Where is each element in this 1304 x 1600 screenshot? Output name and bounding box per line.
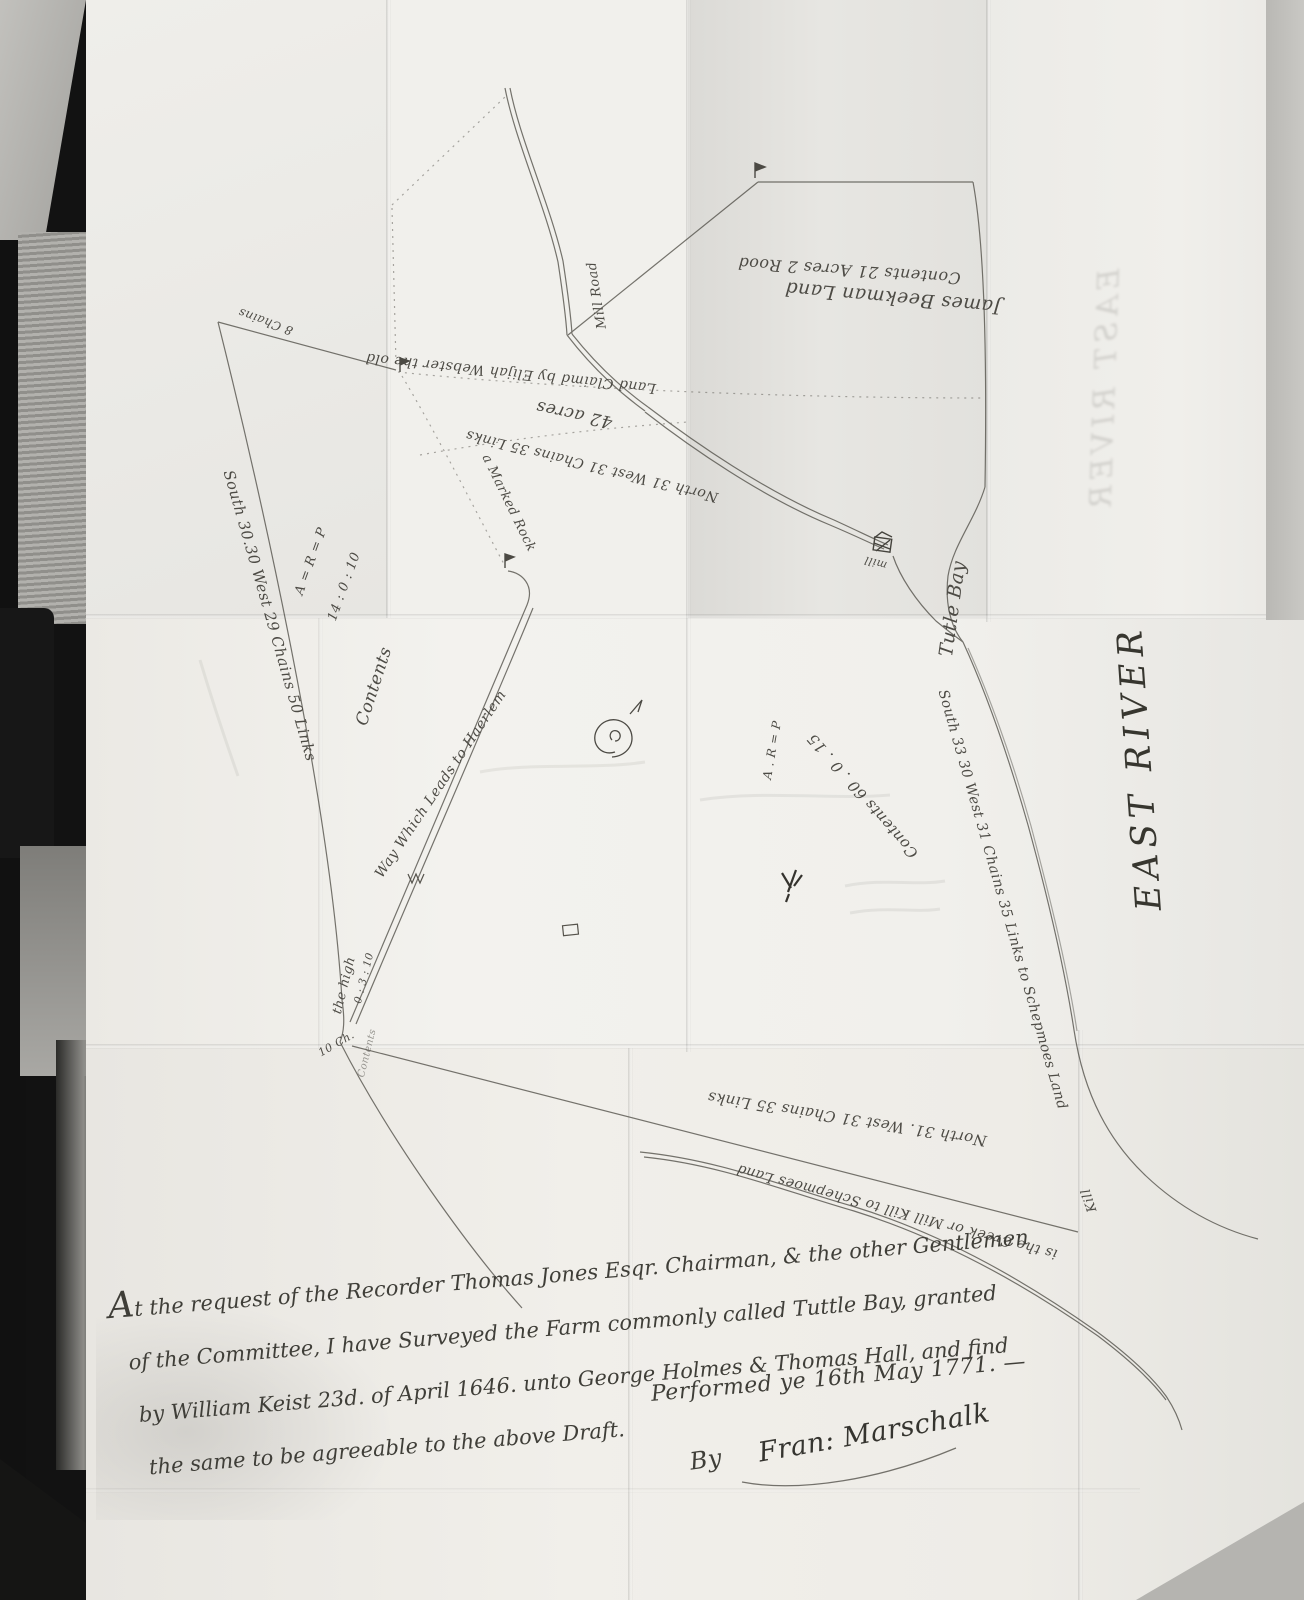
mill-creek-line bbox=[645, 407, 963, 642]
mill-road-line bbox=[505, 88, 648, 411]
tree-sketch-icon bbox=[782, 870, 802, 902]
attestation-by: By bbox=[688, 1444, 724, 1476]
small-survey-marks bbox=[408, 874, 578, 936]
ink-bleed-smudges bbox=[200, 660, 945, 913]
photo-of-folded-survey-map: Contents 21 Acres 2 Rood James Beekman L… bbox=[0, 0, 1304, 1600]
compass-doodle-icon bbox=[595, 700, 642, 757]
